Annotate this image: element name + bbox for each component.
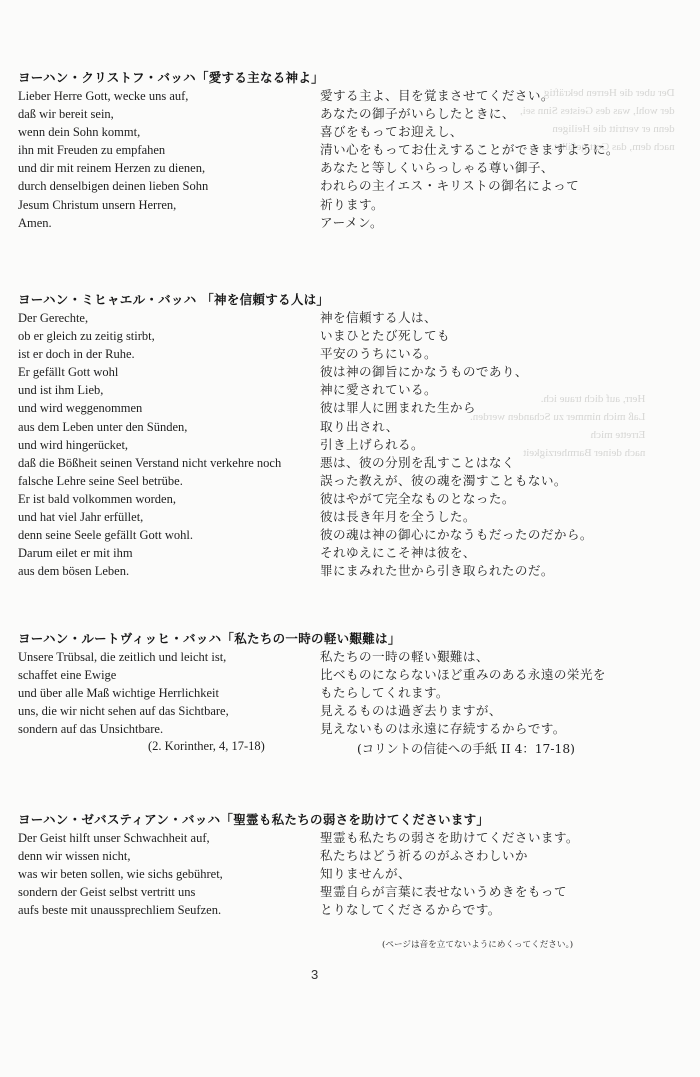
german-line: sondern der Geist selbst vertritt uns (18, 883, 223, 901)
japanese-line: われらの主イエス・キリストの御名によって (320, 177, 619, 195)
german-line: und wird hingerücket, (18, 436, 281, 454)
german-line: sondern auf das Unsichtbare. (18, 720, 229, 738)
german-line: denn seine Seele gefällt Gott wohl. (18, 526, 281, 544)
japanese-line: とりなしてくださるからです。 (320, 901, 579, 919)
german-text: Der Geist hilft unser Schwachheit auf, d… (18, 829, 223, 919)
german-text: Der Gerechte, ob er gleich zu zeitig sti… (18, 309, 281, 580)
german-line: Darum eilet er mit ihm (18, 544, 281, 562)
german-line: daß wir bereit sein, (18, 105, 208, 123)
japanese-line: アーメン。 (320, 214, 619, 232)
german-line: daß die Bößheit seinen Verstand nicht ve… (18, 454, 281, 472)
japanese-line: 見えるものは過ぎ去りますが、 (320, 702, 606, 720)
japanese-line: 彼は長き年月を全うした。 (320, 508, 593, 526)
japanese-line: いまひとたび死しても (320, 327, 593, 345)
japanese-line: 私たちの一時の軽い艱難は、 (320, 648, 606, 666)
japanese-line: 平安のうちにいる。 (320, 345, 593, 363)
page-turn-note: (ページは音を立てないようにめくってください。) (382, 938, 573, 950)
german-line: und wird weggenommen (18, 399, 281, 417)
german-line: Amen. (18, 214, 208, 232)
japanese-line: 神を信頼する人は、 (320, 309, 593, 327)
japanese-line: 清い心をもってお仕えすることができますように。 (320, 141, 619, 159)
german-line: schaffet eine Ewige (18, 666, 229, 684)
german-line: und ist ihm Lieb, (18, 381, 281, 399)
japanese-line: 祈ります。 (320, 196, 619, 214)
japanese-line: それゆえにこそ神は彼を、 (320, 544, 593, 562)
japanese-line: 知りませんが、 (320, 865, 579, 883)
japanese-line: 取り出され、 (320, 418, 593, 436)
japanese-translation: 聖霊も私たちの弱さを助けてくださいます。 私たちはどう祈るのがふさわしいか 知り… (320, 829, 579, 919)
japanese-line: 喜びをもってお迎えし、 (320, 123, 619, 141)
german-line: Der Geist hilft unser Schwachheit auf, (18, 829, 223, 847)
german-line: aufs beste mit unaussprechliem Seufzen. (18, 901, 223, 919)
german-line: durch denselbigen deinen lieben Sohn (18, 177, 208, 195)
german-line: ob er gleich zu zeitig stirbt, (18, 327, 281, 345)
german-line: Lieber Herre Gott, wecke uns auf, (18, 87, 208, 105)
japanese-line: 神に愛されている。 (320, 381, 593, 399)
japanese-line: 聖霊自らが言葉に表せないうめきをもって (320, 883, 579, 901)
japanese-line: 愛する主よ、目を覚まさせてください。 (320, 87, 619, 105)
japanese-line: 罪にまみれた世から引き取られたのだ。 (320, 562, 593, 580)
german-line: falsche Lehre seine Seel betrübe. (18, 472, 281, 490)
japanese-translation: 神を信頼する人は、 いまひとたび死しても 平安のうちにいる。 彼は神の御旨にかな… (320, 309, 593, 580)
german-line: wenn dein Sohn kommt, (18, 123, 208, 141)
japanese-line: 彼の魂は神の御心にかなうもだったのだから。 (320, 526, 593, 544)
section-title: ヨーハン・ルートヴィッヒ・バッハ「私たちの一時の軽い艱難は」 (18, 629, 401, 647)
scripture-reference-german: (2. Korinther, 4, 17-18) (148, 739, 265, 754)
japanese-line: 彼はやがて完全なものとなった。 (320, 490, 593, 508)
printed-page: Der uber die Herren bekräftigder wohl, w… (0, 0, 700, 1077)
japanese-line: もたらしてくれます。 (320, 684, 606, 702)
japanese-line: 見えないものは永遠に存続するからです。 (320, 720, 606, 738)
japanese-line: 誤った教えが、彼の魂を濁すこともない。 (320, 472, 593, 490)
japanese-line: あなたの御子がいらしたときに、 (320, 105, 619, 123)
japanese-line: あなたと等しくいらっしゃる尊い御子、 (320, 159, 619, 177)
german-line: und hat viel Jahr erfüllet, (18, 508, 281, 526)
german-line: denn wir wissen nicht, (18, 847, 223, 865)
section-title: ヨーハン・ミヒャエル・バッハ 「神を信頼する人は」 (18, 290, 329, 308)
german-line: aus dem Leben unter den Sünden, (18, 418, 281, 436)
german-line: Er gefällt Gott wohl (18, 363, 281, 381)
japanese-line: 引き上げられる。 (320, 436, 593, 454)
japanese-line: 彼は罪人に囲まれた生から (320, 399, 593, 417)
japanese-line: 悪は、彼の分別を乱すことはなく (320, 454, 593, 472)
german-line: Der Gerechte, (18, 309, 281, 327)
german-text: Lieber Herre Gott, wecke uns auf, daß wi… (18, 87, 208, 232)
german-line: ihn mit Freuden zu empfahen (18, 141, 208, 159)
german-line: was wir beten sollen, wie sichs gebühret… (18, 865, 223, 883)
german-text: Unsere Trübsal, die zeitlich und leicht … (18, 648, 229, 738)
scripture-reference-japanese: (コリントの信徒への手紙 II 4：17-18) (357, 739, 575, 757)
section-title: ヨーハン・クリストフ・バッハ「愛する主なる神よ」 (18, 68, 324, 86)
japanese-line: 私たちはどう祈るのがふさわしいか (320, 847, 579, 865)
japanese-line: 聖霊も私たちの弱さを助けてくださいます。 (320, 829, 579, 847)
german-line: aus dem bösen Leben. (18, 562, 281, 580)
german-line: ist er doch in der Ruhe. (18, 345, 281, 363)
german-line: Er ist bald volkommen worden, (18, 490, 281, 508)
japanese-line: 比べものにならないほど重みのある永遠の栄光を (320, 666, 606, 684)
page-number: 3 (311, 967, 318, 982)
japanese-translation: 愛する主よ、目を覚まさせてください。 あなたの御子がいらしたときに、 喜びをもっ… (320, 87, 619, 232)
german-line: Unsere Trübsal, die zeitlich und leicht … (18, 648, 229, 666)
section-title: ヨーハン・ゼバスティアン・バッハ「聖霊も私たちの弱さを助けてくださいます」 (18, 810, 489, 828)
german-line: Jesum Christum unsern Herren, (18, 196, 208, 214)
german-line: uns, die wir nicht sehen auf das Sichtba… (18, 702, 229, 720)
japanese-line: 彼は神の御旨にかなうものであり、 (320, 363, 593, 381)
german-line: und dir mit reinem Herzen zu dienen, (18, 159, 208, 177)
german-line: und über alle Maß wichtige Herrlichkeit (18, 684, 229, 702)
japanese-translation: 私たちの一時の軽い艱難は、 比べものにならないほど重みのある永遠の栄光を もたら… (320, 648, 606, 738)
